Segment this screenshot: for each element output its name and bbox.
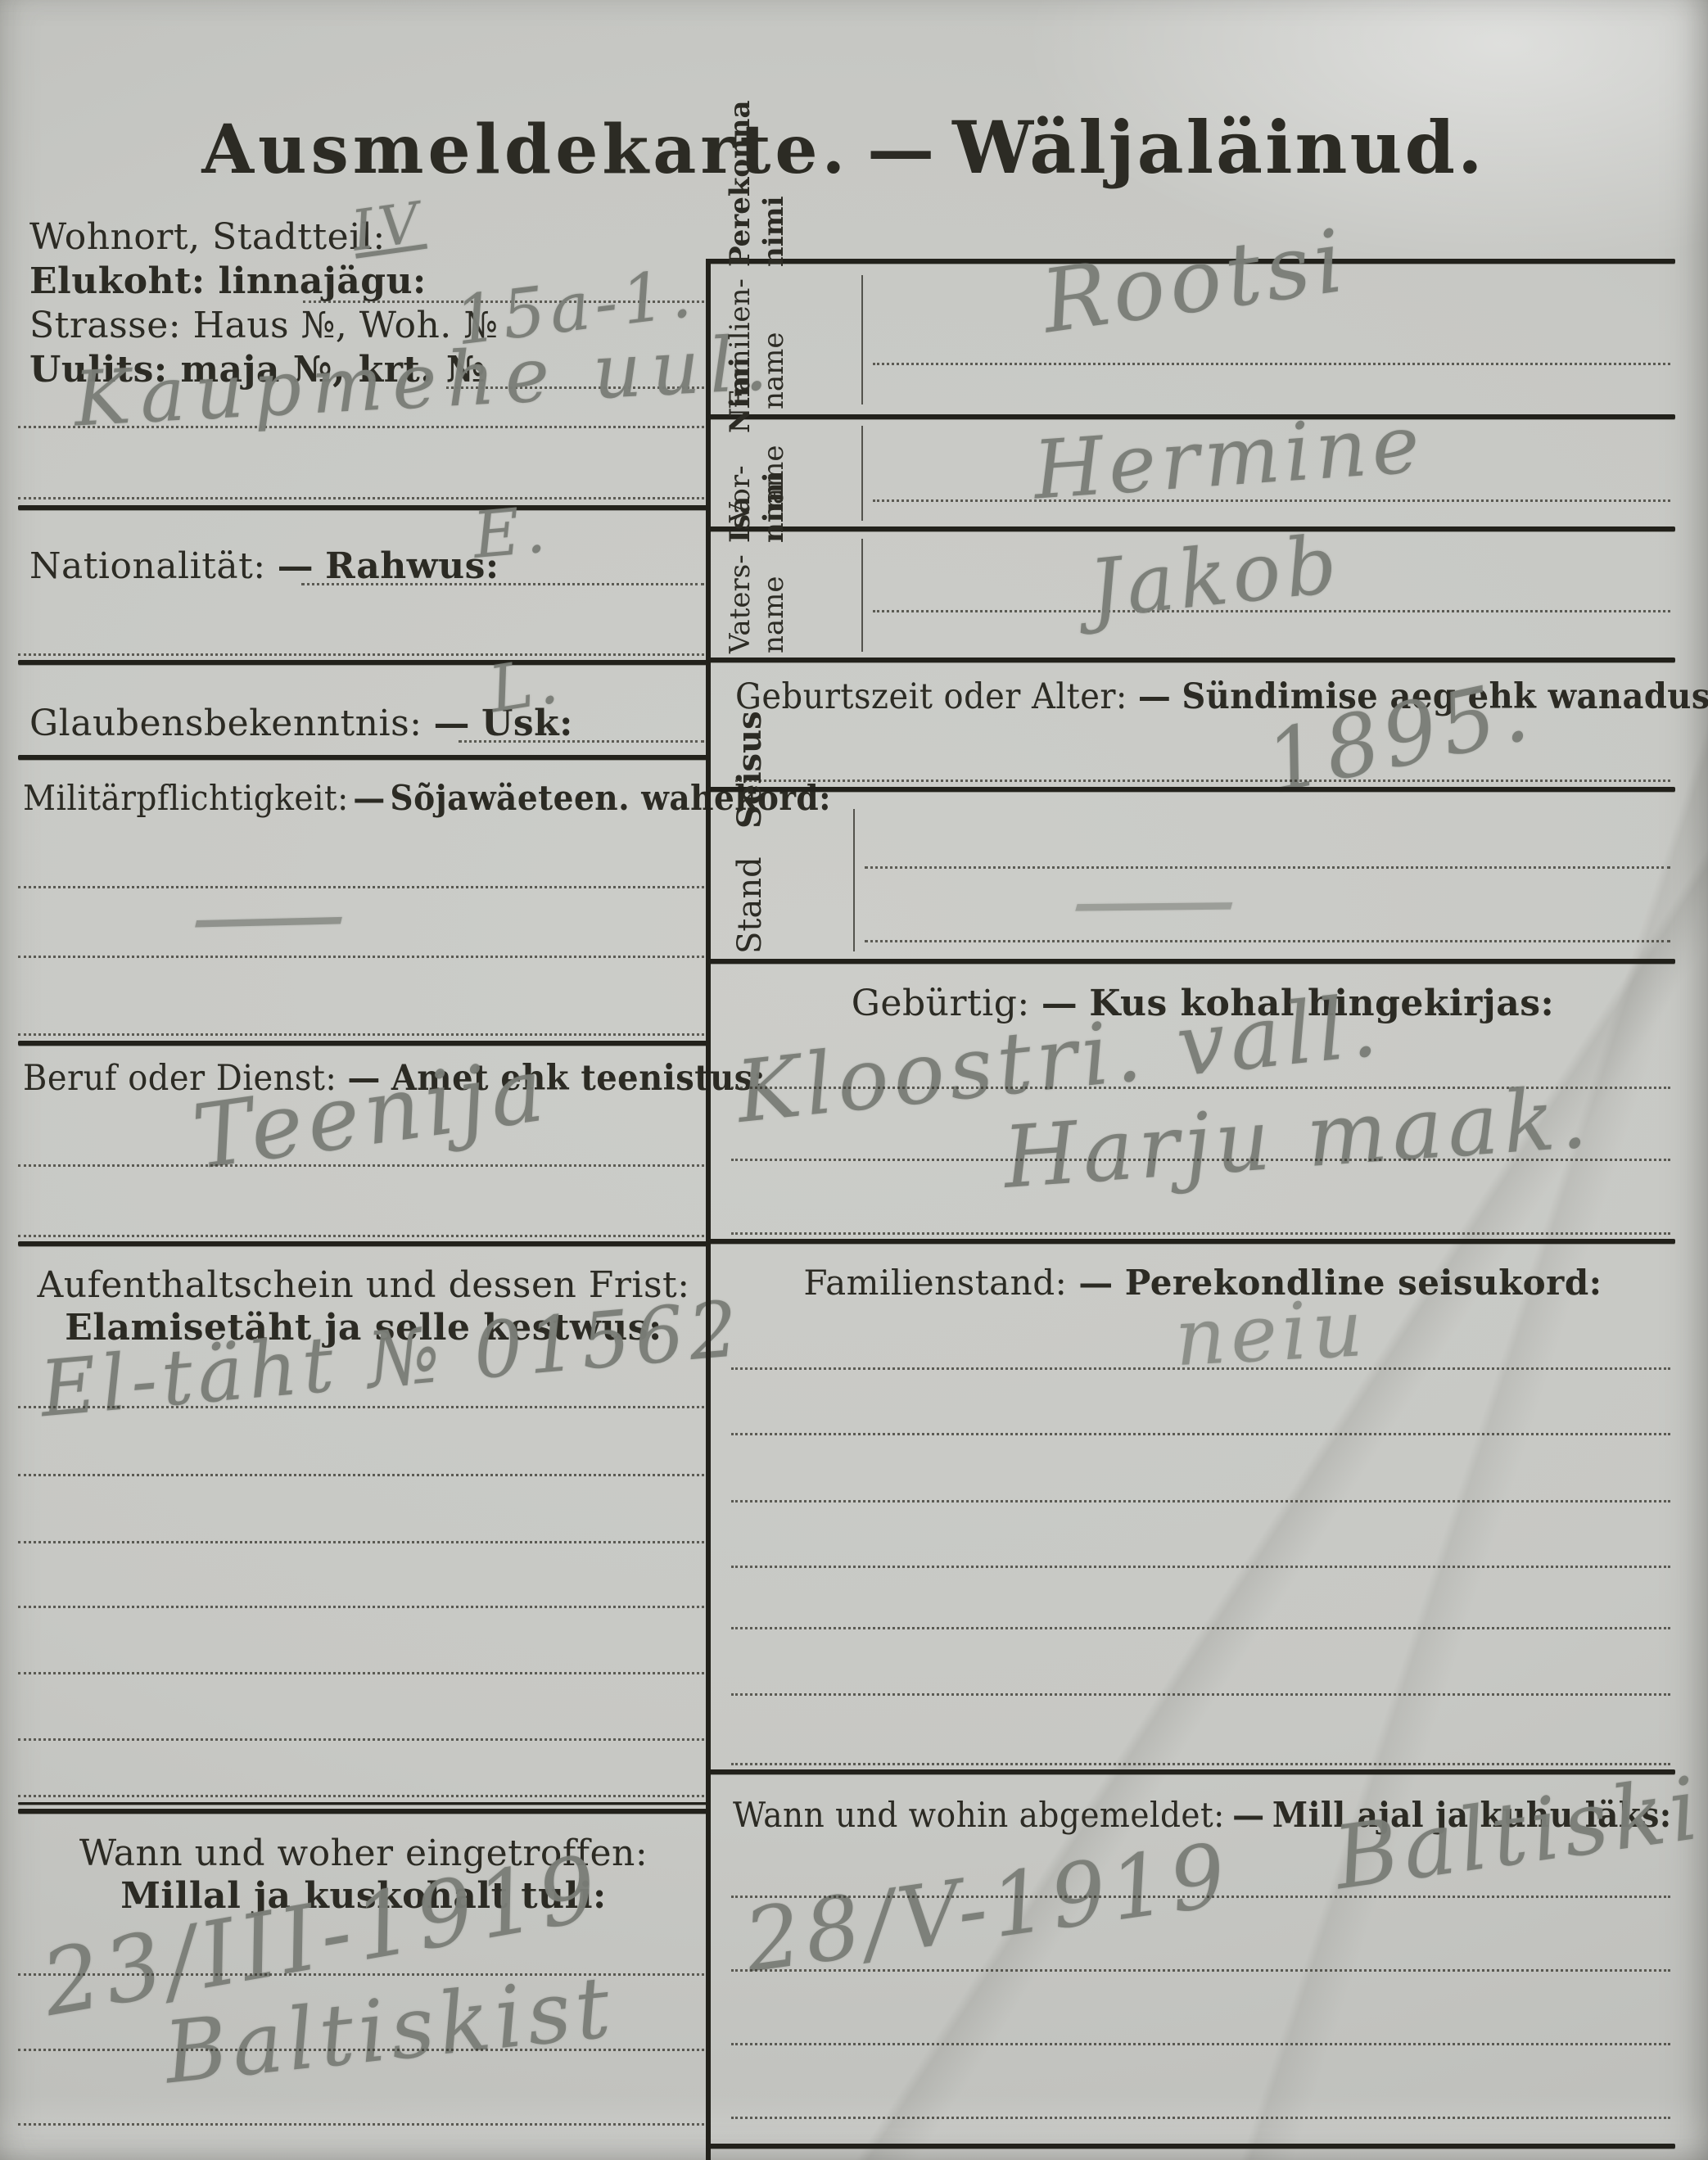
- dotted-line: [18, 1738, 709, 1741]
- section-rule: [706, 959, 1675, 964]
- dotted-line: [731, 1159, 1670, 1161]
- dotted-line: [731, 1627, 1670, 1629]
- label-wohnort-stadtteil: Wohnort, Stadtteil:: [29, 216, 386, 258]
- dotted-line: [18, 1606, 709, 1608]
- dotted-line: [18, 1406, 709, 1408]
- label-departure-de: Wann und wohin abgemeldet:: [733, 1795, 1225, 1835]
- dotted-line: [731, 1232, 1670, 1235]
- dotted-line: [865, 940, 1670, 942]
- handwritten-district: IV: [348, 190, 428, 264]
- dotted-line: [18, 497, 709, 499]
- label-arrival-de: Wann und woher eingetroffen:: [18, 1832, 709, 1874]
- column-divider: [706, 259, 711, 2160]
- section-rule: [18, 1802, 709, 1805]
- page-title-estonian: Wäljaläinud.: [952, 105, 1485, 190]
- label-birth-sep: —: [1127, 676, 1182, 717]
- label-nationality-de: Nationalität:: [29, 545, 266, 587]
- dotted-line: [18, 1164, 709, 1167]
- label-religion-de: Glaubensbekenntnis:: [29, 703, 422, 744]
- section-rule: [706, 526, 1675, 531]
- label-father-name-et: Isa nimi: [724, 472, 791, 544]
- handwritten-religion: L.: [485, 644, 568, 728]
- label-religion-sep: —: [422, 703, 482, 744]
- label-military-sep: —: [349, 778, 391, 818]
- dotted-line: [18, 2123, 709, 2126]
- label-father-name: Vaters- name Isa nimi: [724, 534, 791, 653]
- label-birth: Geburtszeit oder Alter:—Sündimise aeg eh…: [735, 676, 1708, 717]
- dotted-line: [731, 1896, 1670, 1898]
- dotted-line: [18, 2049, 709, 2051]
- page-title-separator: —: [849, 111, 952, 189]
- label-first-name-et: Nimi: [724, 358, 791, 434]
- label-status: Stand Seisus: [730, 807, 770, 954]
- handwritten-departure: 28/V-1919Baltiski: [739, 1758, 1708, 1992]
- label-nationality: Nationalität:—Rahwus:: [29, 545, 499, 587]
- label-nationality-et: Rahwus:: [325, 545, 499, 587]
- label-status-de: Stand: [730, 856, 770, 954]
- handwritten-family-name: Rootsi: [1036, 210, 1353, 353]
- label-marital-status-sep: —: [1067, 1263, 1125, 1303]
- dotted-line: [731, 1693, 1670, 1696]
- dotted-line: [731, 1566, 1670, 1568]
- dotted-line: [731, 1763, 1670, 1765]
- section-rule: [706, 1769, 1675, 1774]
- dotted-line: [18, 1474, 709, 1476]
- dotted-line: [18, 1795, 709, 1797]
- dotted-line: [459, 740, 704, 743]
- handwritten-father-name: Jakob: [1085, 517, 1346, 637]
- dotted-line: [731, 1969, 1670, 1972]
- dotted-line: [873, 363, 1670, 365]
- section-rule: [706, 2144, 1675, 2149]
- dotted-line: [731, 2043, 1670, 2045]
- dotted-line: [865, 866, 1670, 869]
- section-rule: [706, 787, 1675, 792]
- label-birth-de: Geburtszeit oder Alter:: [735, 676, 1127, 717]
- registration-card: Ausmeldekarte.—Wäljaläinud. Wohnort, Sta…: [0, 0, 1708, 2160]
- handwritten-departure-date: 28/V-1919: [739, 1824, 1236, 1992]
- dotted-line: [301, 583, 704, 585]
- dotted-line: [18, 1672, 709, 1674]
- label-nationality-sep: —: [266, 545, 326, 587]
- dotted-line: [18, 1541, 709, 1543]
- section-rule: [706, 657, 1675, 662]
- label-religion: Glaubensbekenntnis:—Usk:: [29, 703, 573, 744]
- page-title: Ausmeldekarte.—Wäljaläinud.: [106, 105, 1580, 190]
- label-military-de: Militärpflichtigkeit:: [23, 778, 349, 818]
- label-father-name-de: Vaters- name: [724, 554, 791, 653]
- handwritten-nationality: E.: [470, 493, 553, 573]
- dotted-line: [731, 1500, 1670, 1503]
- label-elukoht-linnajagu: Elukoht: linnajägu:: [29, 260, 427, 302]
- label-family-name-et: Perekonna nimi: [724, 101, 791, 268]
- section-rule: [18, 1241, 709, 1246]
- label-entry-divider: [853, 809, 855, 951]
- dotted-line: [731, 2117, 1670, 2119]
- dotted-line: [18, 653, 709, 656]
- label-entry-divider: [861, 539, 863, 652]
- section-rule: [706, 1239, 1675, 1244]
- handwritten-departure-place: Baltiski: [1328, 1758, 1708, 1909]
- label-status-et: Seisus: [730, 712, 770, 829]
- label-entry-divider: [861, 426, 863, 521]
- label-entry-divider: [861, 275, 863, 404]
- section-rule: [18, 660, 709, 665]
- dotted-line: [18, 886, 709, 888]
- dotted-line: [18, 956, 709, 958]
- label-marital-status-de: Familienstand:: [803, 1263, 1067, 1303]
- section-rule: [18, 1809, 709, 1814]
- handwritten-military-dash: —: [185, 850, 351, 978]
- dotted-line: [731, 1433, 1670, 1435]
- section-rule: [18, 505, 709, 510]
- dotted-line: [731, 1367, 1670, 1370]
- section-rule: [18, 755, 709, 760]
- dotted-line: [735, 779, 1670, 782]
- dotted-line: [18, 1235, 709, 1237]
- section-rule: [18, 1041, 709, 1046]
- dotted-line: [18, 1033, 709, 1036]
